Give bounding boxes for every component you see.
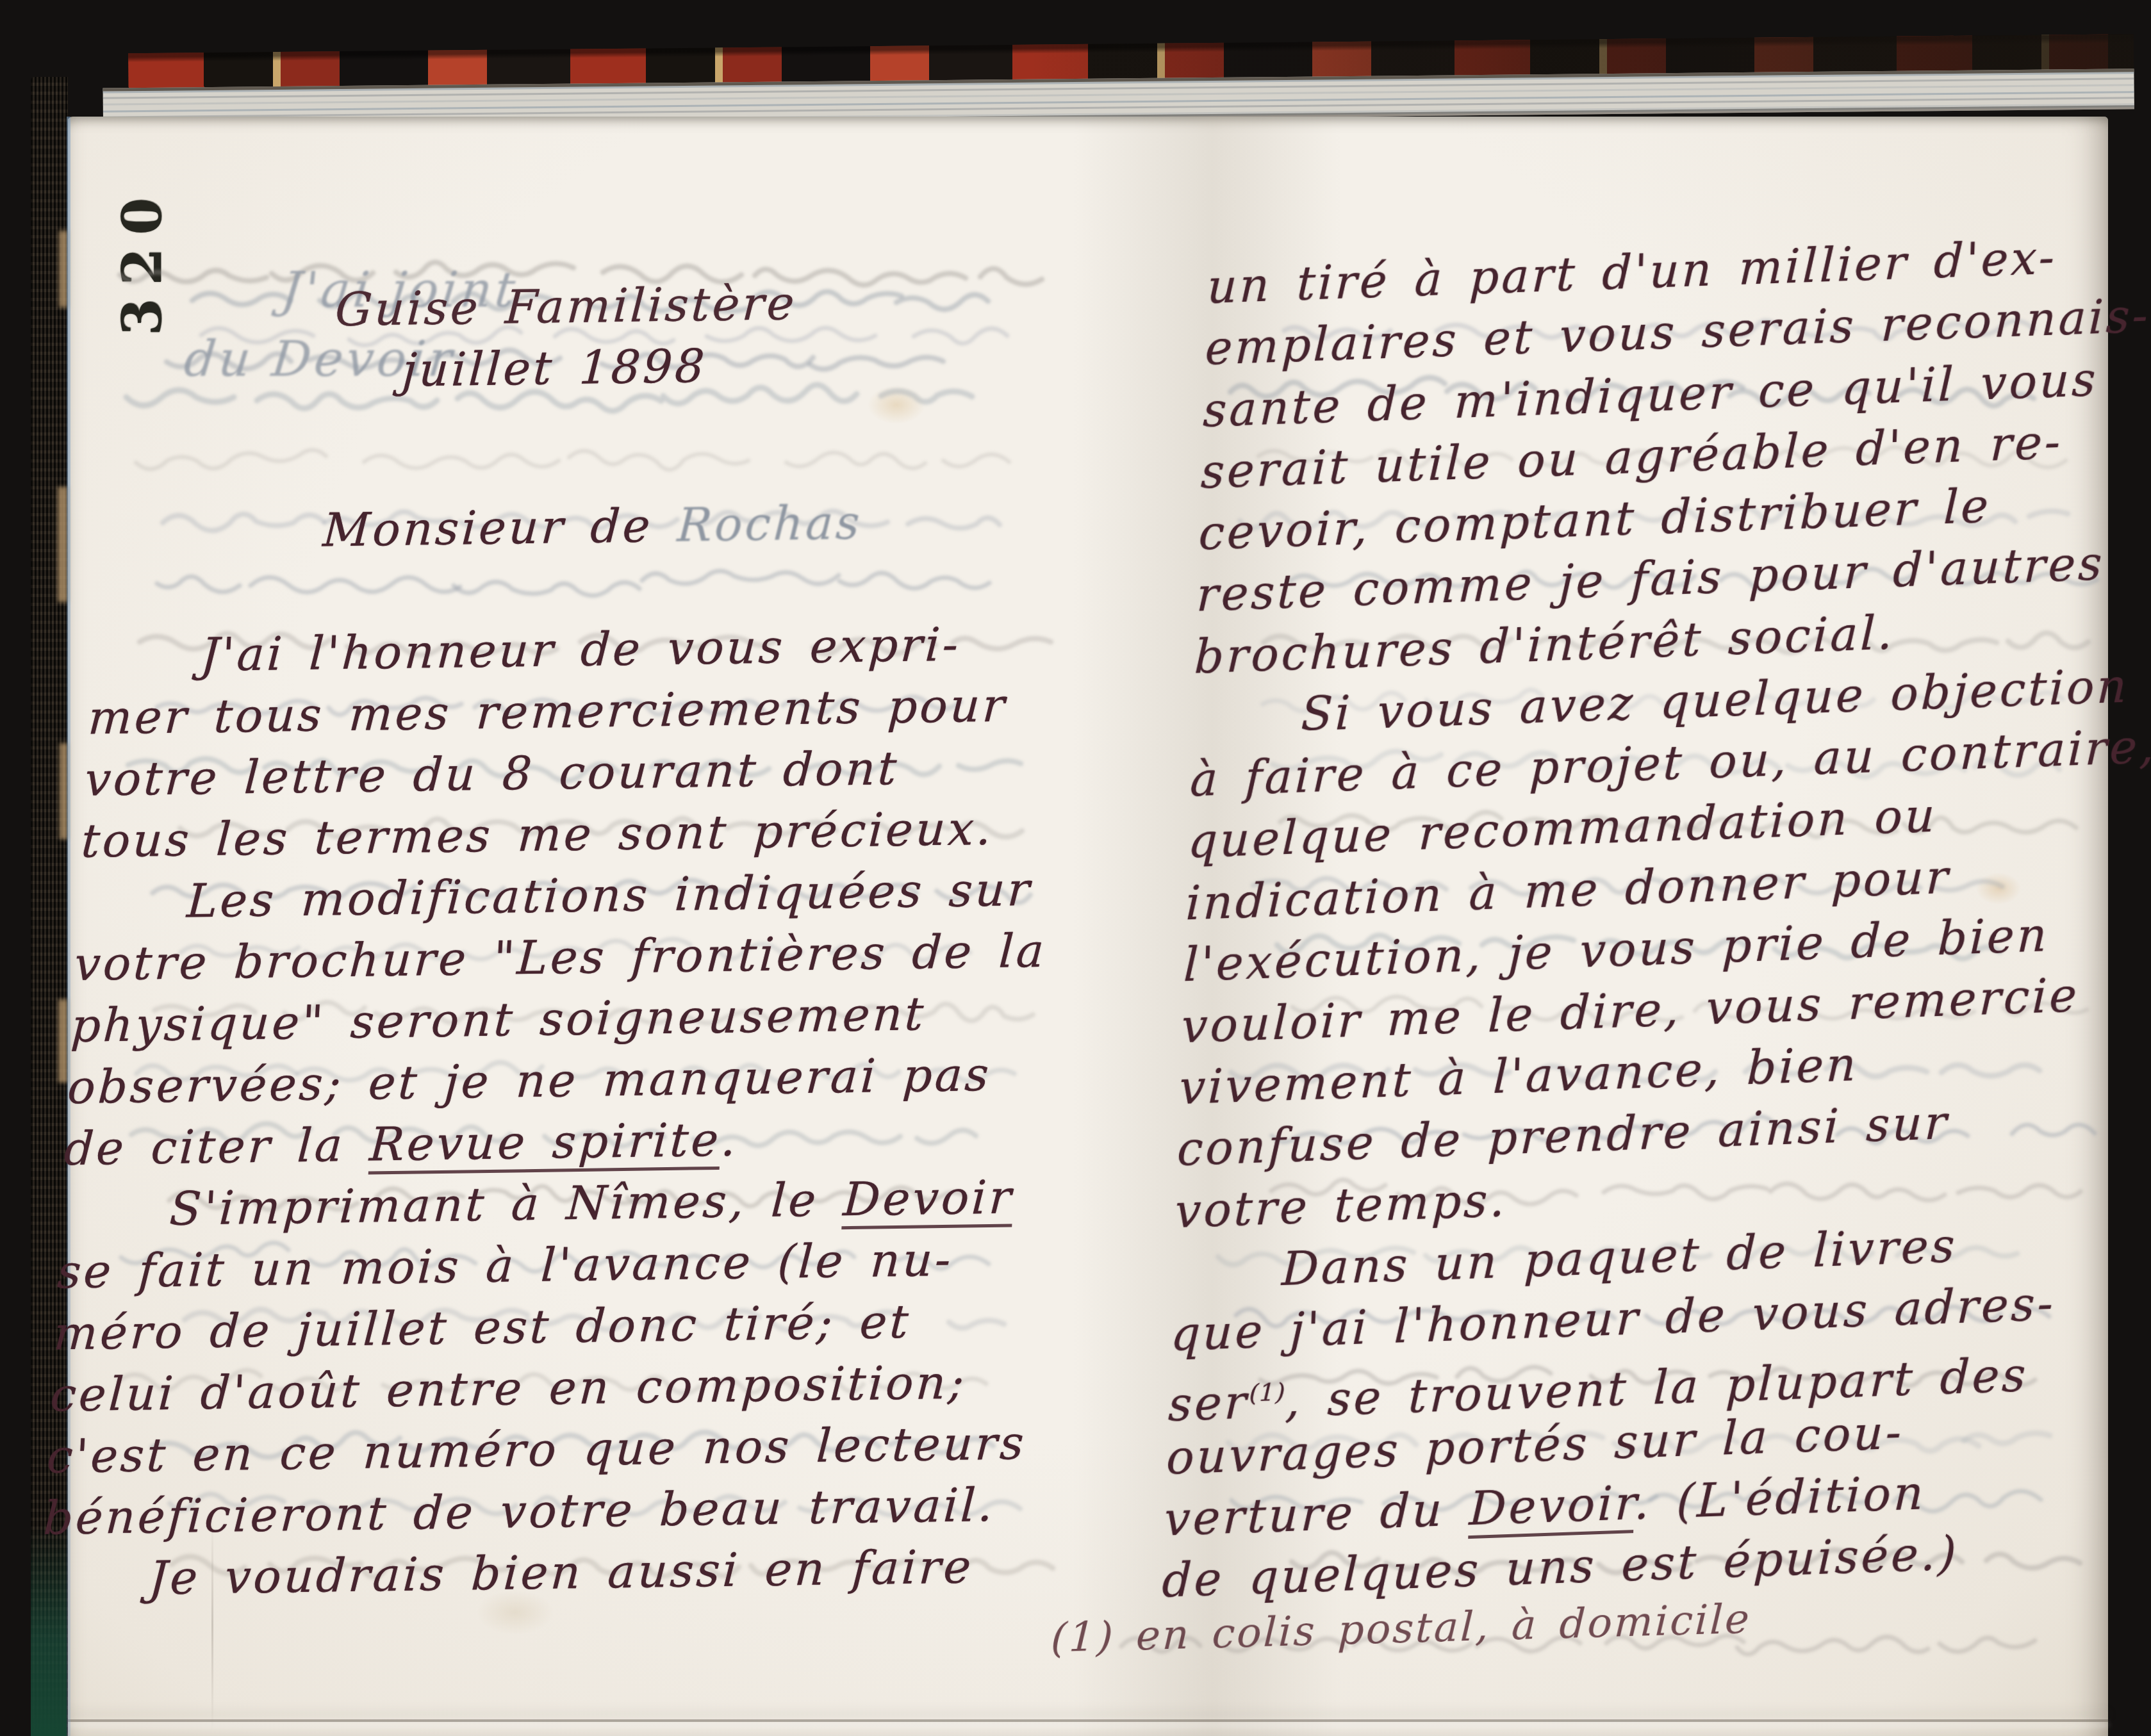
ink-text: physique" seront soigneusement bbox=[70, 987, 928, 1052]
right-page-body: un tiré à part d'un millier d'ex-emplair… bbox=[1161, 224, 2150, 1612]
ink-text: votre brochure "Les frontières de la bbox=[73, 924, 1048, 991]
ink-text: . bbox=[720, 1112, 740, 1166]
bottom-crease bbox=[67, 1719, 2108, 1722]
manuscript-line: Je voudrais bien aussi en faire bbox=[147, 1535, 1060, 1609]
ink-text: méro de juillet est donc tiré; et bbox=[53, 1295, 912, 1361]
ink-text: de citer la bbox=[63, 1117, 371, 1175]
book-top-edges bbox=[77, 34, 2134, 124]
ink-text: observées; et je ne manquerai pas bbox=[66, 1047, 993, 1114]
ink-text: S'imprimant à Nîmes, le bbox=[169, 1172, 845, 1236]
ink-text: juillet 1898 bbox=[401, 339, 709, 397]
manuscript-line: juillet 1898 bbox=[400, 329, 1128, 401]
left-page-body: J'ai l'honneur de vous expri-mer tous me… bbox=[38, 611, 1112, 1610]
ink-text: bénéficieront de votre beau travail. bbox=[42, 1478, 997, 1545]
ink-text: Je voudrais bien aussi en faire bbox=[147, 1539, 975, 1605]
ink-text: Devoir bbox=[1468, 1476, 1635, 1539]
ink-text: mer tous mes remerciements pour bbox=[87, 678, 1009, 745]
ink-text: celui d'août entre en composition; bbox=[49, 1355, 968, 1422]
ink-text: J'ai l'honneur de vous expri- bbox=[199, 618, 962, 682]
ink-text: tous les termes me sont précieux. bbox=[80, 801, 995, 868]
ink-text: (1) bbox=[1249, 1378, 1286, 1407]
ink-text: Devoir bbox=[842, 1170, 1016, 1229]
salutation-line: Monsieur de Rochas bbox=[321, 488, 1119, 561]
ink-text: ser bbox=[1167, 1375, 1250, 1432]
ink-text: Monsieur de bbox=[322, 498, 679, 557]
right-page-text: un tiré à part d'un millier d'ex-emplair… bbox=[1161, 224, 2150, 1612]
manuscript-line: Guise Familistère bbox=[334, 268, 1132, 340]
scanned-book-spread: 320 J'ai joint du Devoir Guise Familistè… bbox=[0, 0, 2151, 1736]
ink-text: verture du bbox=[1164, 1482, 1471, 1546]
ink-text: Revue spirite bbox=[368, 1113, 722, 1175]
ink-text: Les modifications indiquées sur bbox=[185, 862, 1034, 928]
left-page-text: Guise Familistère juillet 1898 Monsieur … bbox=[38, 268, 1132, 1610]
ink-text: votre lettre du 8 courant dont bbox=[83, 741, 900, 807]
ink-text: se fait un mois à l'avance (le nu- bbox=[56, 1232, 955, 1299]
ink-text: Guise Familistère bbox=[334, 276, 798, 336]
pencil-text: Rochas bbox=[676, 496, 864, 552]
ink-text: votre temps. bbox=[1174, 1173, 1508, 1238]
ink-text: c'est en ce numéro que nos lecteurs bbox=[45, 1416, 1028, 1483]
ink-text: . (L'édition bbox=[1633, 1466, 1927, 1530]
